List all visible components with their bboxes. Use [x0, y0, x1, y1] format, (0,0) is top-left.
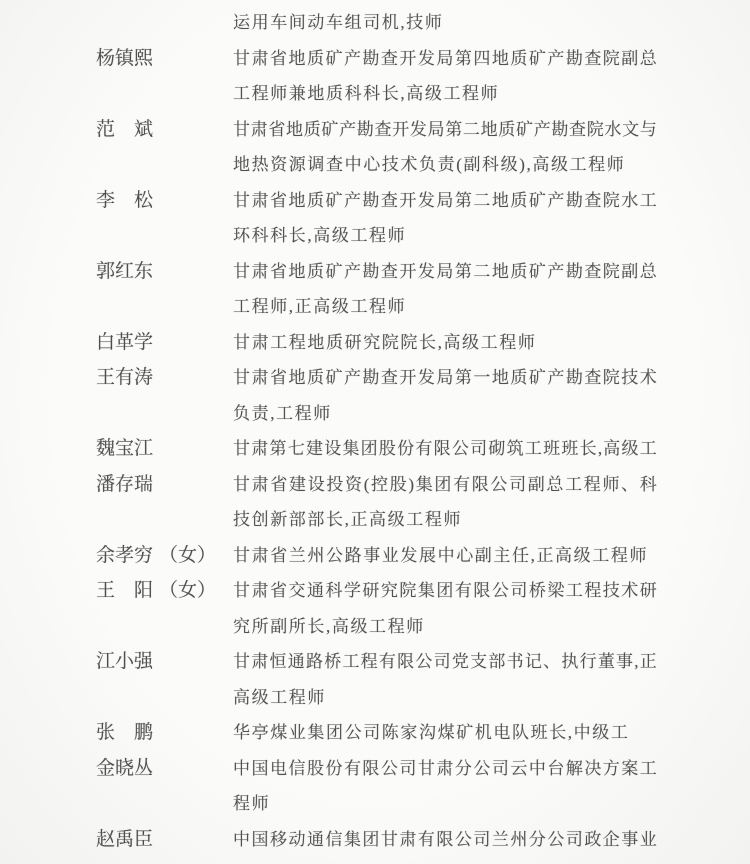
- description-line: 中国电信股份有限公司甘肃分公司云中台解决方案工: [233, 751, 657, 787]
- entry-description: 中国移动通信集团甘肃有限公司兰州分公司政企事业: [233, 822, 657, 858]
- entry-description: 运用车间动车组司机,技师: [233, 5, 657, 41]
- entry-description: 甘肃省地质矿产勘查开发局第二地质矿产勘查院水工 环科科长,高级工程师: [233, 183, 657, 254]
- description-line: 工程师兼地质科科长,高级工程师: [233, 76, 657, 112]
- description-line: 高级工程师: [233, 680, 657, 716]
- awardee-name: 余孝穷（女）: [96, 538, 216, 574]
- roster-entry: 江小强 甘肃恒通路桥工程有限公司党支部书记、执行董事,正 高级工程师: [0, 644, 750, 715]
- description-line: 甘肃工程地质研究院院长,高级工程师: [233, 325, 657, 361]
- description-line: 甘肃省交通科学研究院集团有限公司桥梁工程技术研: [233, 573, 657, 609]
- description-line: 甘肃省地质矿产勘查开发局第四地质矿产勘查院副总: [233, 41, 657, 77]
- awardee-name: 李 松: [96, 183, 153, 219]
- description-line: 甘肃恒通路桥工程有限公司党支部书记、执行董事,正: [233, 644, 657, 680]
- roster-entry: 杨镇熙 甘肃省地质矿产勘查开发局第四地质矿产勘查院副总 工程师兼地质科科长,高级…: [0, 41, 750, 112]
- awardee-name: 江小强: [96, 644, 153, 680]
- roster-entry: 余孝穷（女） 甘肃省兰州公路事业发展中心副主任,正高级工程师: [0, 538, 750, 574]
- roster-page: 运用车间动车组司机,技师 杨镇熙 甘肃省地质矿产勘查开发局第四地质矿产勘查院副总…: [0, 0, 750, 864]
- entry-description: 甘肃省地质矿产勘查开发局第四地质矿产勘查院副总 工程师兼地质科科长,高级工程师: [233, 41, 657, 112]
- description-line: 甘肃省地质矿产勘查开发局第二地质矿产勘查院水文与: [233, 112, 657, 148]
- description-line: 究所副所长,高级工程师: [233, 609, 657, 645]
- description-line: 运用车间动车组司机,技师: [233, 5, 657, 41]
- entry-description: 甘肃省建设投资(控股)集团有限公司副总工程师、科 技创新部部长,正高级工程师: [233, 467, 657, 538]
- description-line: 甘肃省地质矿产勘查开发局第二地质矿产勘查院水工: [233, 183, 657, 219]
- description-line: 甘肃省建设投资(控股)集团有限公司副总工程师、科: [233, 467, 657, 503]
- description-line: 甘肃省地质矿产勘查开发局第一地质矿产勘查院技术: [233, 360, 657, 396]
- entry-description: 甘肃省交通科学研究院集团有限公司桥梁工程技术研 究所副所长,高级工程师: [233, 573, 657, 644]
- entry-description: 甘肃省兰州公路事业发展中心副主任,正高级工程师: [233, 538, 657, 574]
- description-line: 技创新部部长,正高级工程师: [233, 502, 657, 538]
- entry-description: 甘肃恒通路桥工程有限公司党支部书记、执行董事,正 高级工程师: [233, 644, 657, 715]
- roster-entry: 王 阳（女） 甘肃省交通科学研究院集团有限公司桥梁工程技术研 究所副所长,高级工…: [0, 573, 750, 644]
- roster-entry: 李 松 甘肃省地质矿产勘查开发局第二地质矿产勘查院水工 环科科长,高级工程师: [0, 183, 750, 254]
- roster-entry: 范 斌 甘肃省地质矿产勘查开发局第二地质矿产勘查院水文与 地热资源调查中心技术负…: [0, 112, 750, 183]
- description-line: 负责,工程师: [233, 396, 657, 432]
- gender-note: （女）: [159, 545, 216, 566]
- roster-entry: 赵禹臣 中国移动通信集团甘肃有限公司兰州分公司政企事业: [0, 822, 750, 858]
- awardee-name: 金晓丛: [96, 751, 153, 787]
- gender-note: （女）: [159, 580, 216, 601]
- description-line: 工程师,正高级工程师: [233, 289, 657, 325]
- description-line: 环科科长,高级工程师: [233, 218, 657, 254]
- description-line: 华亭煤业集团公司陈家沟煤矿机电队班长,中级工: [233, 715, 657, 751]
- entry-description: 甘肃工程地质研究院院长,高级工程师: [233, 325, 657, 361]
- roster-entry: 王有涛 甘肃省地质矿产勘查开发局第一地质矿产勘查院技术 负责,工程师: [0, 360, 750, 431]
- awardee-name: 张 鹏: [96, 715, 153, 751]
- roster-entry: 魏宝江 甘肃第七建设集团股份有限公司砌筑工班班长,高级工: [0, 431, 750, 467]
- awardee-name-text: 余孝穷: [96, 545, 153, 566]
- roster-entry: 郭红东 甘肃省地质矿产勘查开发局第二地质矿产勘查院副总 工程师,正高级工程师: [0, 254, 750, 325]
- awardee-name: 潘存瑞: [96, 467, 153, 503]
- awardee-name: 王有涛: [96, 360, 153, 396]
- entry-description: 甘肃省地质矿产勘查开发局第二地质矿产勘查院水文与 地热资源调查中心技术负责(副科…: [233, 112, 657, 183]
- entry-description: 中国电信股份有限公司甘肃分公司云中台解决方案工 程师: [233, 751, 657, 822]
- awardee-name: 赵禹臣: [96, 822, 153, 858]
- entry-description: 甘肃省地质矿产勘查开发局第二地质矿产勘查院副总 工程师,正高级工程师: [233, 254, 657, 325]
- awardee-name: 魏宝江: [96, 431, 153, 467]
- description-line: 程师: [233, 786, 657, 822]
- roster-entry: 运用车间动车组司机,技师: [0, 5, 750, 41]
- awardee-name: 范 斌: [96, 112, 153, 148]
- entry-description: 甘肃第七建设集团股份有限公司砌筑工班班长,高级工: [233, 431, 657, 467]
- roster-entry: 白革学 甘肃工程地质研究院院长,高级工程师: [0, 325, 750, 361]
- description-line: 中国移动通信集团甘肃有限公司兰州分公司政企事业: [233, 822, 657, 858]
- entry-description: 华亭煤业集团公司陈家沟煤矿机电队班长,中级工: [233, 715, 657, 751]
- roster-entry: 金晓丛 中国电信股份有限公司甘肃分公司云中台解决方案工 程师: [0, 751, 750, 822]
- awardee-name: 郭红东: [96, 254, 153, 290]
- awardee-name-text: 王 阳: [96, 580, 153, 601]
- awardee-name: 王 阳（女）: [96, 573, 216, 609]
- description-line: 甘肃省地质矿产勘查开发局第二地质矿产勘查院副总: [233, 254, 657, 290]
- description-line: 甘肃第七建设集团股份有限公司砌筑工班班长,高级工: [233, 431, 657, 467]
- roster-entry: 张 鹏 华亭煤业集团公司陈家沟煤矿机电队班长,中级工: [0, 715, 750, 751]
- awardee-name: 白革学: [96, 325, 153, 361]
- awardee-name: 杨镇熙: [96, 41, 153, 77]
- entry-description: 甘肃省地质矿产勘查开发局第一地质矿产勘查院技术 负责,工程师: [233, 360, 657, 431]
- roster-entry: 潘存瑞 甘肃省建设投资(控股)集团有限公司副总工程师、科 技创新部部长,正高级工…: [0, 467, 750, 538]
- description-line: 甘肃省兰州公路事业发展中心副主任,正高级工程师: [233, 538, 657, 574]
- description-line: 地热资源调查中心技术负责(副科级),高级工程师: [233, 147, 657, 183]
